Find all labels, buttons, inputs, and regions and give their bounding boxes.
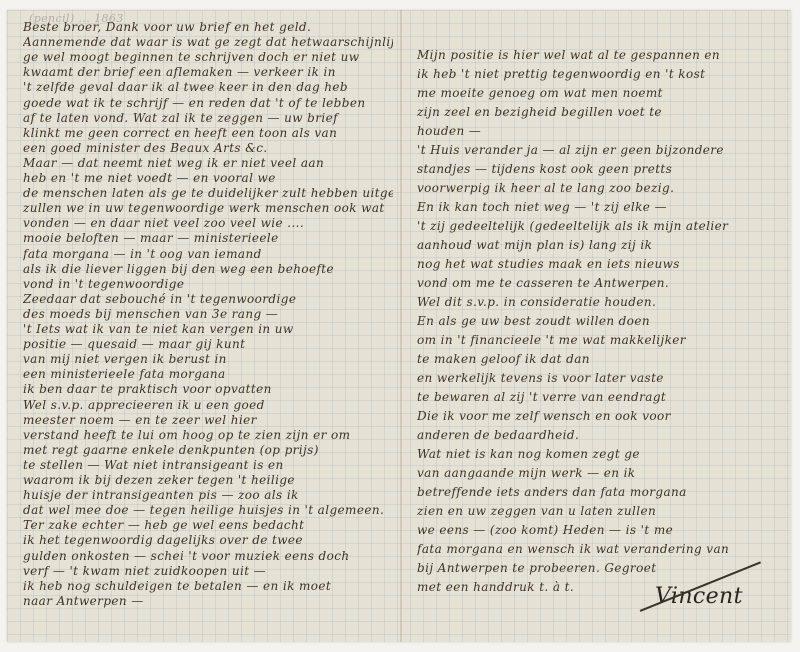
handwritten-line: met regt gaarne enkele denkpunten (op pr… [23, 443, 393, 457]
handwritten-line: te maken geloof ik dat dan [417, 352, 782, 366]
page-fold [400, 10, 402, 642]
handwritten-line: en werkelijk tevens is voor later vaste [417, 371, 782, 385]
handwritten-line: fata morgana — in 't oog van iemand [23, 247, 393, 261]
letter-paper: (pencil) ... 1863 Beste broer, Dank voor… [7, 10, 791, 642]
handwritten-line: voorwerpig ik heer al te lang zoo bezig. [417, 181, 782, 195]
handwritten-line: fata morgana en wensch ik wat veranderin… [417, 542, 782, 556]
handwritten-line: Beste broer, Dank voor uw brief en het g… [23, 20, 393, 34]
handwritten-line: als ik die liever liggen bij den weg een… [23, 262, 393, 276]
handwritten-line: Zeedaar dat sebouché in 't tegenwoordige [23, 292, 393, 306]
handwritten-line: waarom ik bij dezen zeker tegen 't heili… [23, 473, 393, 487]
handwritten-line: ik ben daar te praktisch voor opvatten [23, 382, 393, 396]
handwritten-line: bij Antwerpen te probeeren. Gegroet [417, 561, 782, 575]
handwritten-line: nog het wat studies maak en iets nieuws [417, 257, 782, 271]
handwritten-line: naar Antwerpen — [23, 594, 393, 608]
handwritten-line: Wel s.v.p. apprecieeren ik u een goed [23, 398, 393, 412]
handwritten-line: vonden — en daar niet veel zoo veel wie … [23, 216, 393, 230]
handwritten-line: anderen de bedaardheid. [417, 428, 782, 442]
handwritten-line: vond in 't tegenwoordige [23, 277, 393, 291]
handwritten-line: huisje der intransigeanten pis — zoo als… [23, 488, 393, 502]
handwritten-line: mooie beloften — maar — ministerieele [23, 231, 393, 245]
handwritten-line: Wat niet is kan nog komen zegt ge [417, 447, 782, 461]
handwritten-line: goede wat ik te schrijf — en reden dat '… [23, 96, 393, 110]
handwritten-line: van mij niet vergen ik berust in [23, 352, 393, 366]
handwritten-line: Ter zake echter — heb ge wel eens bedach… [23, 518, 393, 532]
handwritten-line: 't zelfde geval daar ik al twee keer in … [23, 80, 393, 94]
handwritten-line: Mijn positie is hier wel wat al te gespa… [417, 48, 782, 62]
handwritten-line: om in 't financieele 't me wat makkelijk… [417, 333, 782, 347]
handwritten-line: een goed minister des Beaux Arts &c. [23, 141, 393, 155]
handwritten-line: te stellen — Wat niet intransigeant is e… [23, 458, 393, 472]
handwritten-line: Maar — dat neemt niet weg ik er niet vee… [23, 156, 393, 170]
handwritten-line: vond om me te casseren te Antwerpen. [417, 276, 782, 290]
handwritten-line: van aangaande mijn werk — en ik [417, 466, 782, 480]
handwritten-line: meester noem — en te zeer wel hier [23, 413, 393, 427]
handwritten-line: te bewaren al zij 't verre van eendragt [417, 390, 782, 404]
handwritten-line: ge wel moogt beginnen te schrijven doch … [23, 50, 393, 64]
handwritten-line: ik het tegenwoordig dagelijks over de tw… [23, 533, 393, 547]
handwritten-line: 't Huis verander ja — al zijn er geen bi… [417, 143, 782, 157]
handwritten-line: zijn zeel en bezigheid begillen voet te [417, 105, 782, 119]
handwritten-line: ik heb nog schuldeigen te betalen — en i… [23, 579, 393, 593]
handwritten-line: kwaamt der brief een aflemaken — verkeer… [23, 65, 393, 79]
handwritten-line: 't zij gedeeltelijk (gedeeltelijk als ik… [417, 219, 782, 233]
handwritten-line: Aannemende dat waar is wat ge zegt dat h… [23, 35, 393, 49]
handwritten-line: standjes — tijdens kost ook geen pretts [417, 162, 782, 176]
handwritten-line: gulden onkosten — schei 't voor muziek e… [23, 549, 393, 563]
handwritten-line: de menschen laten als ge te duidelijker … [23, 186, 393, 200]
handwritten-line: aanhoud wat mijn plan is) lang zij ik [417, 238, 782, 252]
handwritten-line: betreffende iets anders dan fata morgana [417, 485, 782, 499]
handwritten-line: we eens — (zoo komt) Heden — is 't me [417, 523, 782, 537]
handwritten-line: 't Iets wat ik van te niet kan vergen in… [23, 322, 393, 336]
handwritten-line: des moeds bij menschen van 3e rang — [23, 307, 393, 321]
handwritten-line: Die ik voor me zelf wensch en ook voor [417, 409, 782, 423]
handwritten-line: En als ge uw best zoudt willen doen [417, 314, 782, 328]
handwritten-line: af te laten vond. Wat zal ik te zeggen —… [23, 111, 393, 125]
handwritten-line: klinkt me geen correct en heeft een toon… [23, 126, 393, 140]
handwritten-line: me moeite genoeg om wat men noemt [417, 86, 782, 100]
handwritten-line: een ministerieele fata morgana [23, 367, 393, 381]
handwritten-line: zullen we in uw tegenwoordige werk mensc… [23, 201, 393, 215]
handwritten-line: heb en 't me niet voedt — en vooral we [23, 171, 393, 185]
handwritten-line: ik heb 't niet prettig tegenwoordig en '… [417, 67, 782, 81]
handwritten-line: verstand heeft te lui om hoog op te zien… [23, 428, 393, 442]
handwritten-line: Wel dit s.v.p. in consideratie houden. [417, 295, 782, 309]
handwritten-line: zien en uw zeggen van u laten zullen [417, 504, 782, 518]
handwritten-line: houden — [417, 124, 782, 138]
handwritten-line: verf — 't kwam niet zuidkoopen uit — [23, 564, 393, 578]
handwritten-line: positie — quesaid — maar gij kunt [23, 337, 393, 351]
handwritten-line: dat wel mee doe — tegen heilige huisjes … [23, 503, 393, 517]
handwritten-line: En ik kan toch niet weg — 't zij elke — [417, 200, 782, 214]
